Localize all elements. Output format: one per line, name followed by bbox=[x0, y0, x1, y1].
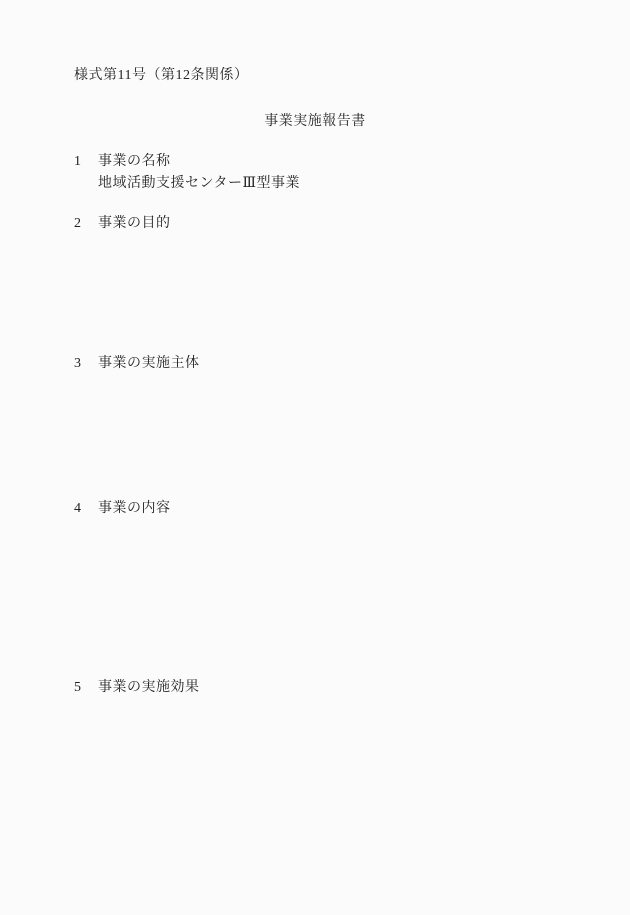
section-4-heading: 4事業の内容 bbox=[74, 497, 171, 517]
section-1-number: 1 bbox=[74, 154, 98, 170]
section-2-label: 事業の目的 bbox=[98, 212, 171, 232]
section-4-label: 事業の内容 bbox=[98, 497, 171, 517]
section-3-number: 3 bbox=[74, 356, 98, 372]
form-number-line: 様式第11号（第12条関係） bbox=[74, 64, 248, 84]
section-3-label: 事業の実施主体 bbox=[98, 352, 200, 372]
section-1-content: 地域活動支援センターⅢ型事業 bbox=[98, 172, 300, 192]
section-2-number: 2 bbox=[74, 216, 98, 232]
section-5-number: 5 bbox=[74, 680, 98, 696]
section-5-label: 事業の実施効果 bbox=[98, 676, 200, 696]
section-2-heading: 2事業の目的 bbox=[74, 212, 171, 232]
section-1-heading: 1事業の名称 bbox=[74, 150, 171, 170]
document-page: 様式第11号（第12条関係） 事業実施報告書 1事業の名称 地域活動支援センター… bbox=[0, 0, 630, 915]
section-1-label: 事業の名称 bbox=[98, 150, 171, 170]
document-title: 事業実施報告書 bbox=[0, 110, 630, 130]
section-5-heading: 5事業の実施効果 bbox=[74, 676, 200, 696]
section-3-heading: 3事業の実施主体 bbox=[74, 352, 200, 372]
section-4-number: 4 bbox=[74, 501, 98, 517]
